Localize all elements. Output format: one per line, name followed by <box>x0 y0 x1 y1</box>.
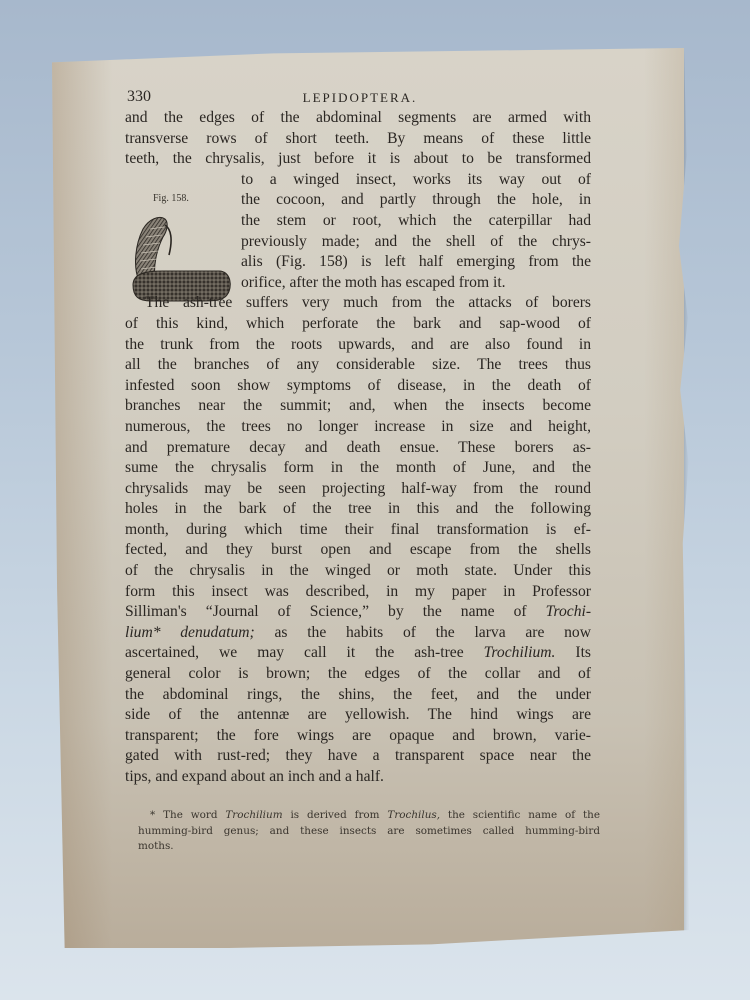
italic-term: Trochilium. <box>484 644 556 661</box>
footnote: * The word Trochilium is derived from Tr… <box>138 808 600 855</box>
text-line: of the chrysalis in the winged or moth s… <box>125 561 591 582</box>
text-line: transparent; the fore wings are opaque a… <box>125 726 591 747</box>
text-line: form this insect was described, in my pa… <box>125 582 591 603</box>
italic-term: lium* denudatum; <box>125 624 255 641</box>
text-line: gated with rust-red; they have a transpa… <box>125 746 591 767</box>
text-line: month, during which time their final tra… <box>125 520 591 541</box>
text-line: Silliman's “Journal of Science,” by the … <box>125 602 591 623</box>
footnote-line: moths. <box>138 839 600 855</box>
text-line: the trunk from the roots upwards, and ar… <box>125 335 591 356</box>
text-line: teeth, the chrysalis, just before it is … <box>125 149 591 170</box>
text-line: of this kind, which perforate the bark a… <box>125 314 591 335</box>
body-text: and the edges of the abdominal segments … <box>125 108 591 788</box>
paragraph-start: The ash-tree suffers very much from the … <box>125 293 591 314</box>
text-line: ascertained, we may call it the ash-tree… <box>125 643 591 664</box>
running-title: LEPIDOPTERA. <box>125 90 595 106</box>
text-line: side of the antennæ are yellowish. The h… <box>125 705 591 726</box>
text-line: sume the chrysalis form in the month of … <box>125 458 591 479</box>
text-line: transverse rows of short teeth. By means… <box>125 129 591 150</box>
text-line: to a winged insect, works its way out of <box>125 170 591 191</box>
text-line: holes in the bark of the tree in this an… <box>125 499 591 520</box>
text-line: tips, and expand about an inch and a hal… <box>125 767 591 788</box>
text-line: the stem or root, which the caterpillar … <box>125 211 591 232</box>
text-line: the abdominal rings, the shins, the feet… <box>125 685 591 706</box>
text-line: all the branches of any considerable siz… <box>125 355 591 376</box>
footnote-marker: * <box>150 809 155 821</box>
footnote-line: humming-bird genus; and these insects ar… <box>138 824 600 840</box>
text-line: fected, and they burst open and escape f… <box>125 540 591 561</box>
text-line: and premature decay and death ensue. The… <box>125 438 591 459</box>
text-line: and the edges of the abdominal segments … <box>125 108 591 129</box>
text-line: branches near the summit; and, when the … <box>125 396 591 417</box>
footnote-line: * The word Trochilium is derived from Tr… <box>138 808 600 824</box>
text-line: the cocoon, and partly through the hole,… <box>125 190 591 211</box>
text-line: infested soon show symptoms of disease, … <box>125 376 591 397</box>
text-line: lium* denudatum; as the habits of the la… <box>125 623 591 644</box>
text-line: previously made; and the shell of the ch… <box>125 232 591 253</box>
text-line: alis (Fig. 158) is left half emerging fr… <box>125 252 591 273</box>
text-line: chrysalids may be seen projecting half-w… <box>125 479 591 500</box>
text-line: numerous, the trees no longer increase i… <box>125 417 591 438</box>
text-line: general color is brown; the edges of the… <box>125 664 591 685</box>
text-line: orifice, after the moth has escaped from… <box>125 273 591 294</box>
italic-term: Trochi- <box>546 603 591 620</box>
